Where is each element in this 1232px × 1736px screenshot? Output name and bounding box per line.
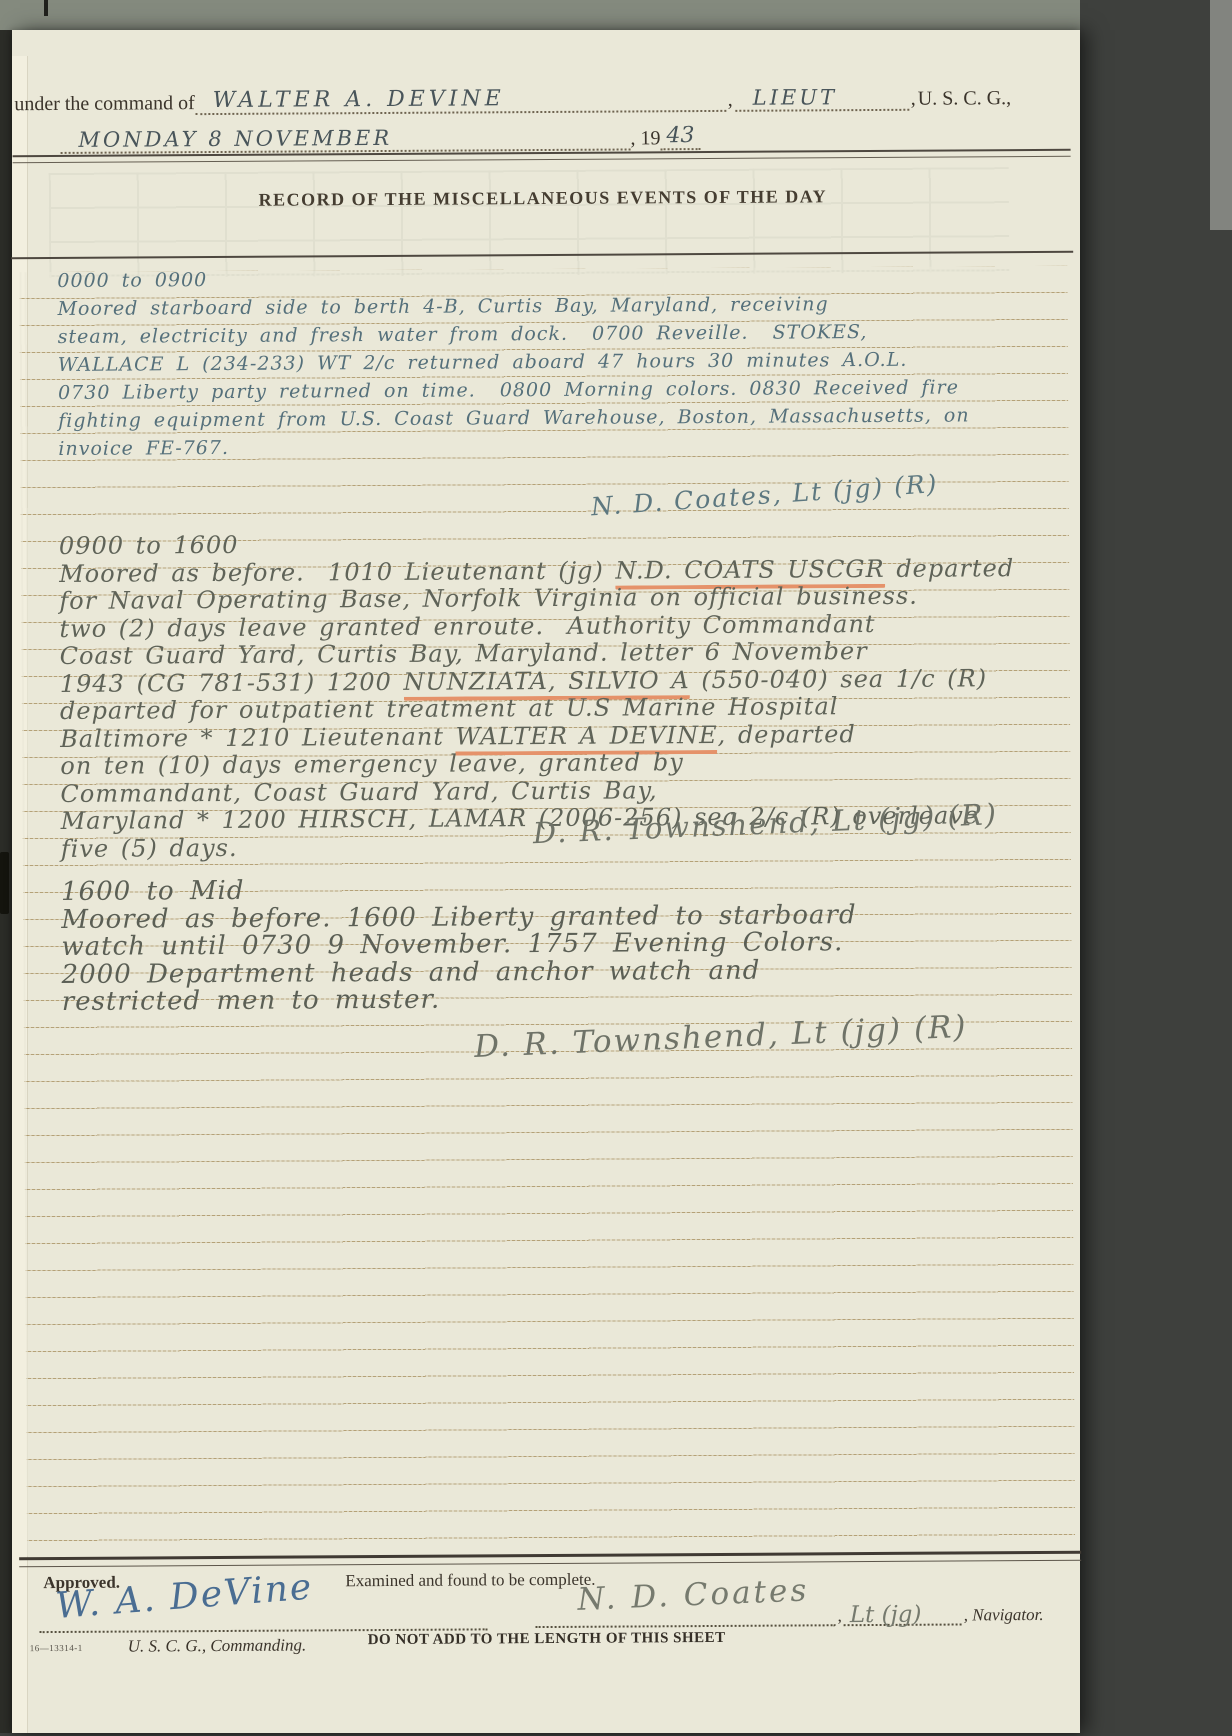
command-line: under the command of WALTER A. DEVINE , … xyxy=(14,83,1062,116)
log-text: fighting equipment from U.S. Coast Guard… xyxy=(58,404,969,432)
navigator-line: , Lt (jg) , Navigator. xyxy=(535,1587,1075,1628)
navigator-rank: Lt (jg) xyxy=(850,1602,922,1628)
commanding-label: U. S. C. G., Commanding. xyxy=(128,1635,307,1656)
log-entry-1600-mid: 1600 to MidMoored as before. 1600 Libert… xyxy=(61,873,1062,1017)
service-label: U. S. C. G., xyxy=(918,87,1011,111)
log-text: 0730 Liberty party returned on time. 080… xyxy=(58,376,959,404)
commander-name-slot: WALTER A. DEVINE xyxy=(195,85,726,115)
scan-backdrop-edge xyxy=(1210,0,1232,230)
commander-rank: LIEUT xyxy=(753,85,901,110)
command-label: under the command of xyxy=(14,92,195,116)
log-text: Baltimore * 1210 Lieutenant xyxy=(60,722,456,752)
log-text: , departed xyxy=(718,720,856,749)
scan-artifact-mark xyxy=(44,0,48,16)
scan-backdrop-right xyxy=(1080,0,1232,1733)
log-text: five (5) days. xyxy=(61,833,238,862)
form-number: 16—13314-1 xyxy=(30,1643,83,1653)
year-written: 43 xyxy=(660,123,700,150)
horizontal-rule xyxy=(11,251,1073,262)
log-text: Moored as before. 1010 Lieutenant (jg) xyxy=(59,556,616,587)
log-text: WALLACE L (234-233) WT 2/c returned aboa… xyxy=(58,349,908,376)
log-text: Moored starboard side to berth 4-B, Curt… xyxy=(57,293,828,320)
signature-line xyxy=(39,1590,487,1633)
signature-line xyxy=(535,1586,835,1628)
scan-backdrop-top xyxy=(0,0,1232,30)
scanned-logbook-page: under the command of WALTER A. DEVINE , … xyxy=(0,0,1232,1733)
year-prefix: , 19 xyxy=(630,127,660,150)
commander-name: WALTER A. DEVINE xyxy=(213,85,718,113)
date-line: MONDAY 8 NOVEMBER , 19 43 xyxy=(60,123,700,154)
date-slot: MONDAY 8 NOVEMBER xyxy=(60,124,630,153)
log-text: on ten (10) days emergency leave, grante… xyxy=(60,748,684,780)
log-text: invoice FE-767. xyxy=(58,437,229,460)
separator-comma: , xyxy=(909,88,918,111)
log-text: 0900 to 1600 xyxy=(59,531,239,560)
paper-content: under the command of WALTER A. DEVINE , … xyxy=(8,27,1086,1733)
log-text: 0000 to 0900 xyxy=(57,269,207,292)
navigator-label: , Navigator. xyxy=(962,1605,1044,1625)
log-entry-0000-0900: 0000 to 0900Moored starboard side to ber… xyxy=(57,261,1058,463)
separator-comma: , xyxy=(835,1606,843,1626)
length-warning: DO NOT ADD TO THE LENGTH OF THIS SHEET xyxy=(368,1630,726,1649)
log-text: restricted men to muster. xyxy=(62,985,441,1017)
scan-artifact-mark xyxy=(0,852,9,914)
logbook-paper: under the command of WALTER A. DEVINE , … xyxy=(12,30,1080,1733)
log-text: departed xyxy=(885,554,1015,583)
page-title: RECORD OF THE MISCELLANEOUS EVENTS OF TH… xyxy=(9,185,1077,213)
rank-slot: LIEUT xyxy=(735,85,909,112)
log-text: Commandant, Coast Guard Yard, Curtis Bay… xyxy=(60,776,657,808)
log-text: 1943 (CG 781-531) 1200 xyxy=(60,667,404,697)
log-text: steam, electricity and fresh water from … xyxy=(58,321,868,348)
date-value: MONDAY 8 NOVEMBER xyxy=(78,125,622,152)
separator-comma: , xyxy=(726,89,735,112)
log-text: 1600 to Mid xyxy=(61,876,245,907)
signature-line: Lt (jg) xyxy=(844,1585,962,1626)
log-text: (550-040) sea 1/c (R) xyxy=(690,664,988,694)
